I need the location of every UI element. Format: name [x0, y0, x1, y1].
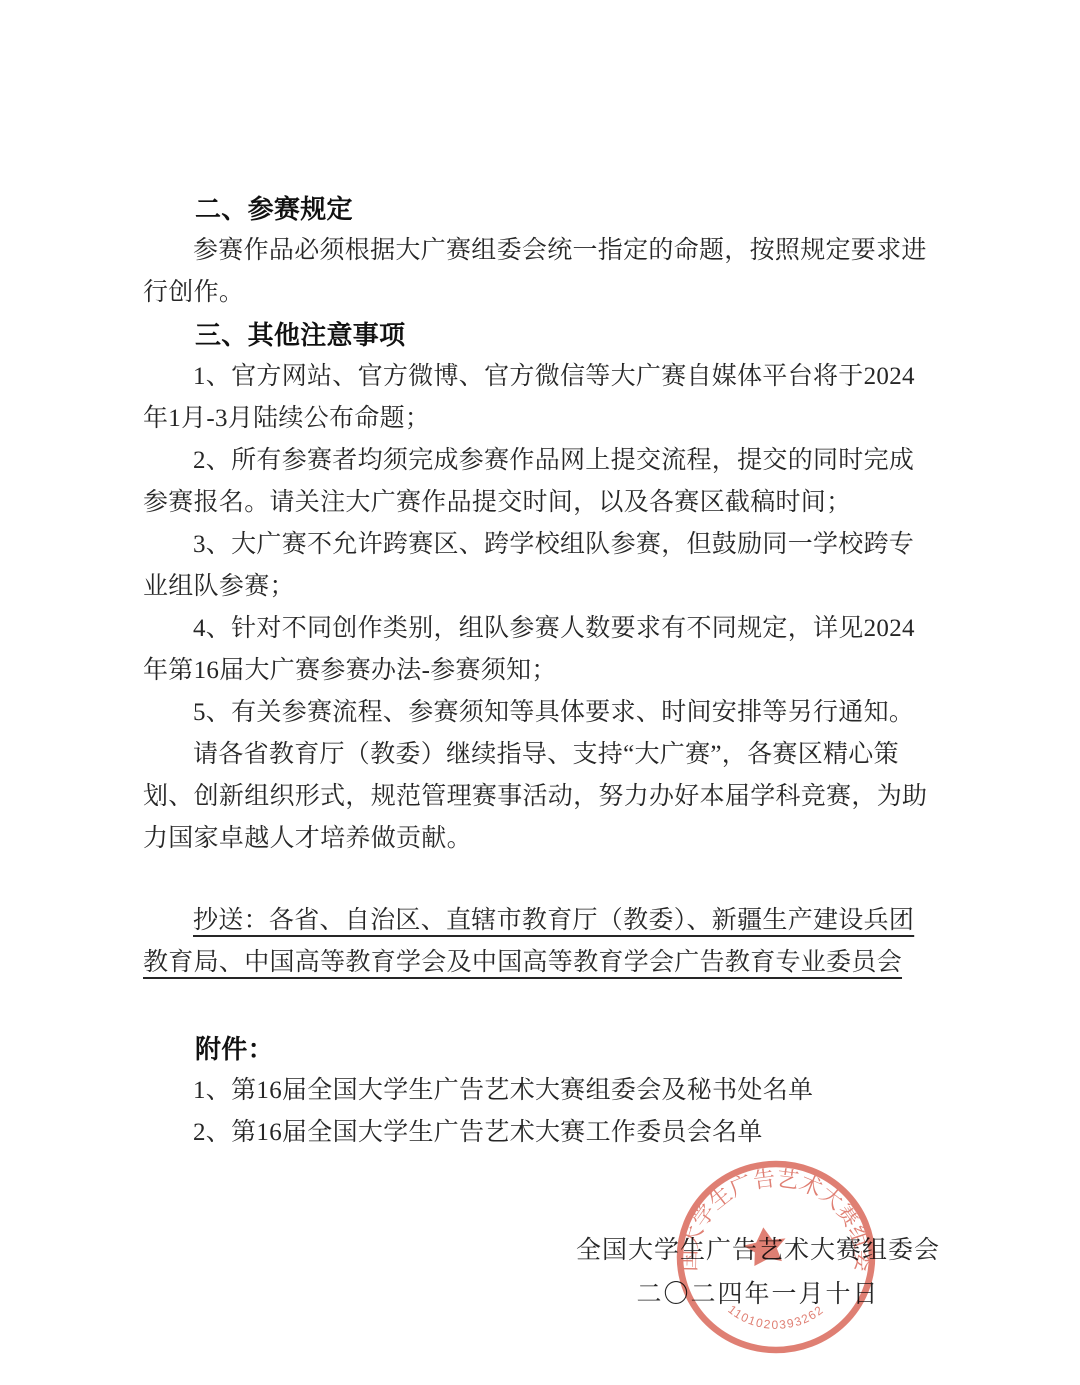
section2-para-line2: 行创作。 — [143, 272, 943, 314]
attachment-item2: 2、第16届全国大学生广告艺术大赛工作委员会名单 — [143, 1112, 943, 1154]
closing-para-line1: 请各省教育厅（教委）继续指导、支持“大广赛”，各赛区精心策 — [143, 734, 943, 776]
notice-item5: 5、有关参赛流程、参赛须知等具体要求、时间安排等另行通知。 — [143, 692, 943, 734]
attachment-item1: 1、第16届全国大学生广告艺术大赛组委会及秘书处名单 — [143, 1070, 943, 1112]
attachments-heading: 附件： — [143, 1028, 943, 1070]
closing-para-line3: 力国家卓越人才培养做贡献。 — [143, 818, 943, 860]
signature-org: 全国大学生广告艺术大赛组委会 — [576, 1229, 940, 1273]
notice-item2-line1: 2、所有参赛者均须完成参赛作品网上提交流程，提交的同时完成 — [143, 440, 943, 482]
cc-line1: 抄送：各省、自治区、直辖市教育厅（教委）、新疆生产建设兵团 — [143, 900, 943, 942]
section2-para-line1: 参赛作品必须根据大广赛组委会统一指定的命题，按照规定要求进 — [143, 230, 943, 272]
signature-block: 全国大学生广告艺术大赛组委会 二〇二四年一月十日 — [576, 1229, 940, 1317]
notice-item4-line1: 4、针对不同创作类别，组队参赛人数要求有不同规定，详见2024 — [143, 608, 943, 650]
notice-item1-line2: 年1月-3月陆续公布命题； — [143, 398, 943, 440]
closing-para-line2: 划、创新组织形式，规范管理赛事活动，努力办好本届学科竞赛，为助 — [143, 776, 943, 818]
notice-item4-line2: 年第16届大广赛参赛办法-参赛须知； — [143, 650, 943, 692]
notice-item1-line1: 1、官方网站、官方微博、官方微信等大广赛自媒体平台将于2024 — [143, 356, 943, 398]
notice-item3-line1: 3、大广赛不允许跨赛区、跨学校组队参赛，但鼓励同一学校跨专 — [143, 524, 943, 566]
signature-date: 二〇二四年一月十日 — [576, 1273, 940, 1317]
cc-line2: 教育局、中国高等教育学会及中国高等教育学会广告教育专业委员会 — [143, 942, 943, 984]
document-page: 二、参赛规定 参赛作品必须根据大广赛组委会统一指定的命题，按照规定要求进 行创作… — [0, 0, 1080, 1385]
document-body: 二、参赛规定 参赛作品必须根据大广赛组委会统一指定的命题，按照规定要求进 行创作… — [143, 188, 943, 1154]
notice-item3-line2: 业组队参赛； — [143, 566, 943, 608]
notice-item2-line2: 参赛报名。请关注大广赛作品提交时间，以及各赛区截稿时间； — [143, 482, 943, 524]
section3-heading: 三、其他注意事项 — [143, 314, 943, 356]
section2-heading: 二、参赛规定 — [143, 188, 943, 230]
